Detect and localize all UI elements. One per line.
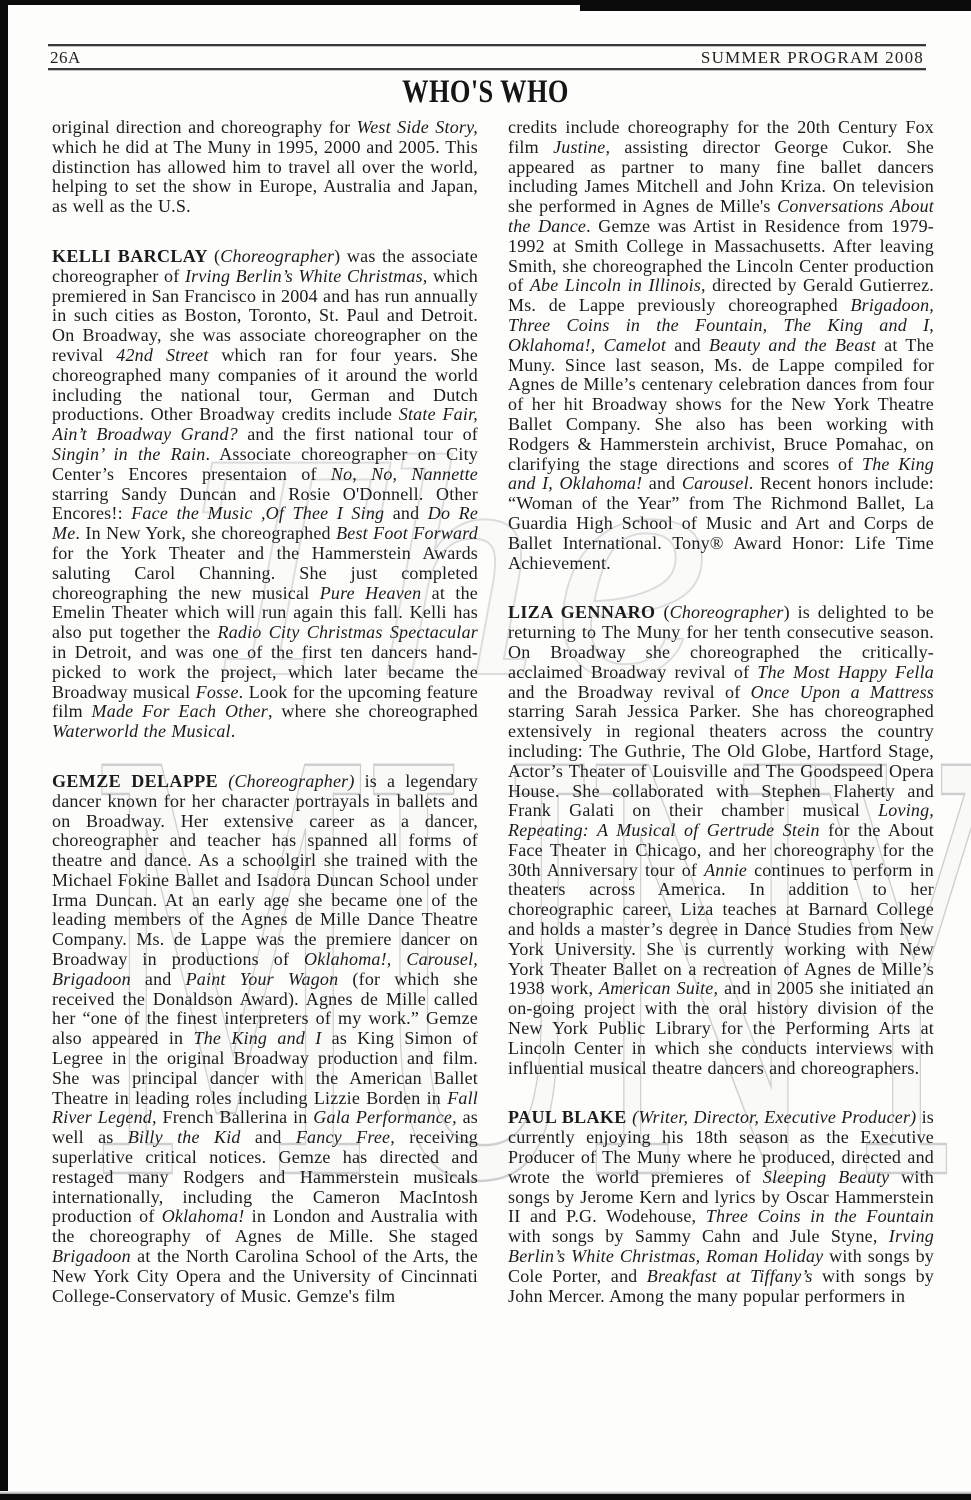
page-number: 26A xyxy=(50,48,81,68)
header-rule-bottom xyxy=(48,68,926,70)
scan-edge-left xyxy=(0,0,8,1500)
header-program-title: SUMMER PROGRAM 2008 xyxy=(701,48,924,68)
program-page: The MUNY 26A SUMMER PROGRAM 2008 WHO'S W… xyxy=(0,0,971,1500)
header-row: 26A SUMMER PROGRAM 2008 xyxy=(48,46,926,68)
left-column: original direction and choreography for … xyxy=(52,118,478,1463)
two-column-text: original direction and choreography for … xyxy=(52,118,934,1463)
bio-kelli-barclay: KELLI BARCLAY (Choreographer) was the as… xyxy=(52,247,478,742)
scan-edge-bottom xyxy=(0,1494,971,1500)
bio-liza-gennaro: LIZA GENNARO (Choreographer) is delighte… xyxy=(508,603,934,1078)
page-header: 26A SUMMER PROGRAM 2008 xyxy=(48,44,926,70)
right-column: credits include choreography for the 20t… xyxy=(508,118,934,1463)
scan-edge-top-right xyxy=(580,0,971,11)
bio-paul-blake: PAUL BLAKE (Writer, Director, Executive … xyxy=(508,1108,934,1306)
page-title: WHO'S WHO xyxy=(97,74,874,111)
bio-gemze-delappe-continued: credits include choreography for the 20t… xyxy=(508,118,934,573)
bio-gemze-delappe: GEMZE DELAPPE (Choreographer) is a legen… xyxy=(52,772,478,1307)
bio-continuation-paragraph: original direction and choreography for … xyxy=(52,118,478,217)
